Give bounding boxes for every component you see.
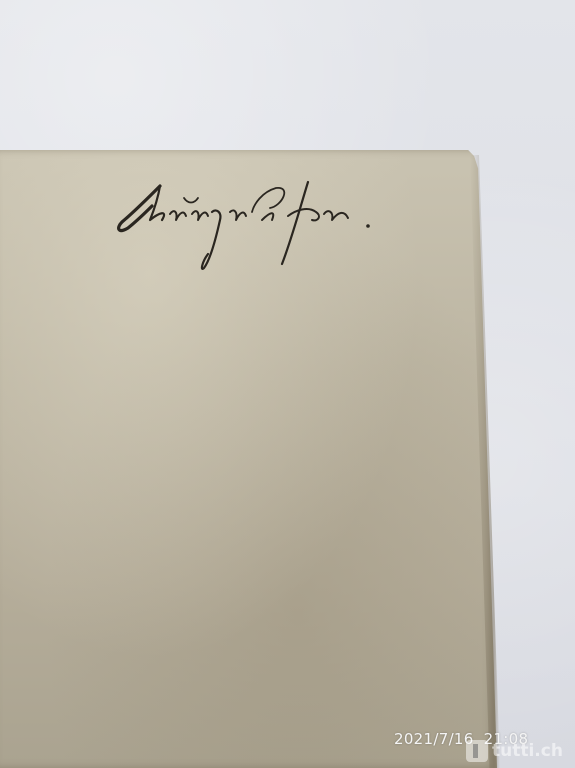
handwritten-inscription: Augusta.: [112, 168, 402, 278]
site-watermark: tutti.ch: [466, 738, 563, 764]
handwriting-strokes: [112, 168, 402, 278]
tutti-logo-icon: [466, 740, 488, 762]
stamp-date: 2021/7/16: [394, 730, 474, 748]
watermark-text: tutti.ch: [492, 741, 563, 761]
